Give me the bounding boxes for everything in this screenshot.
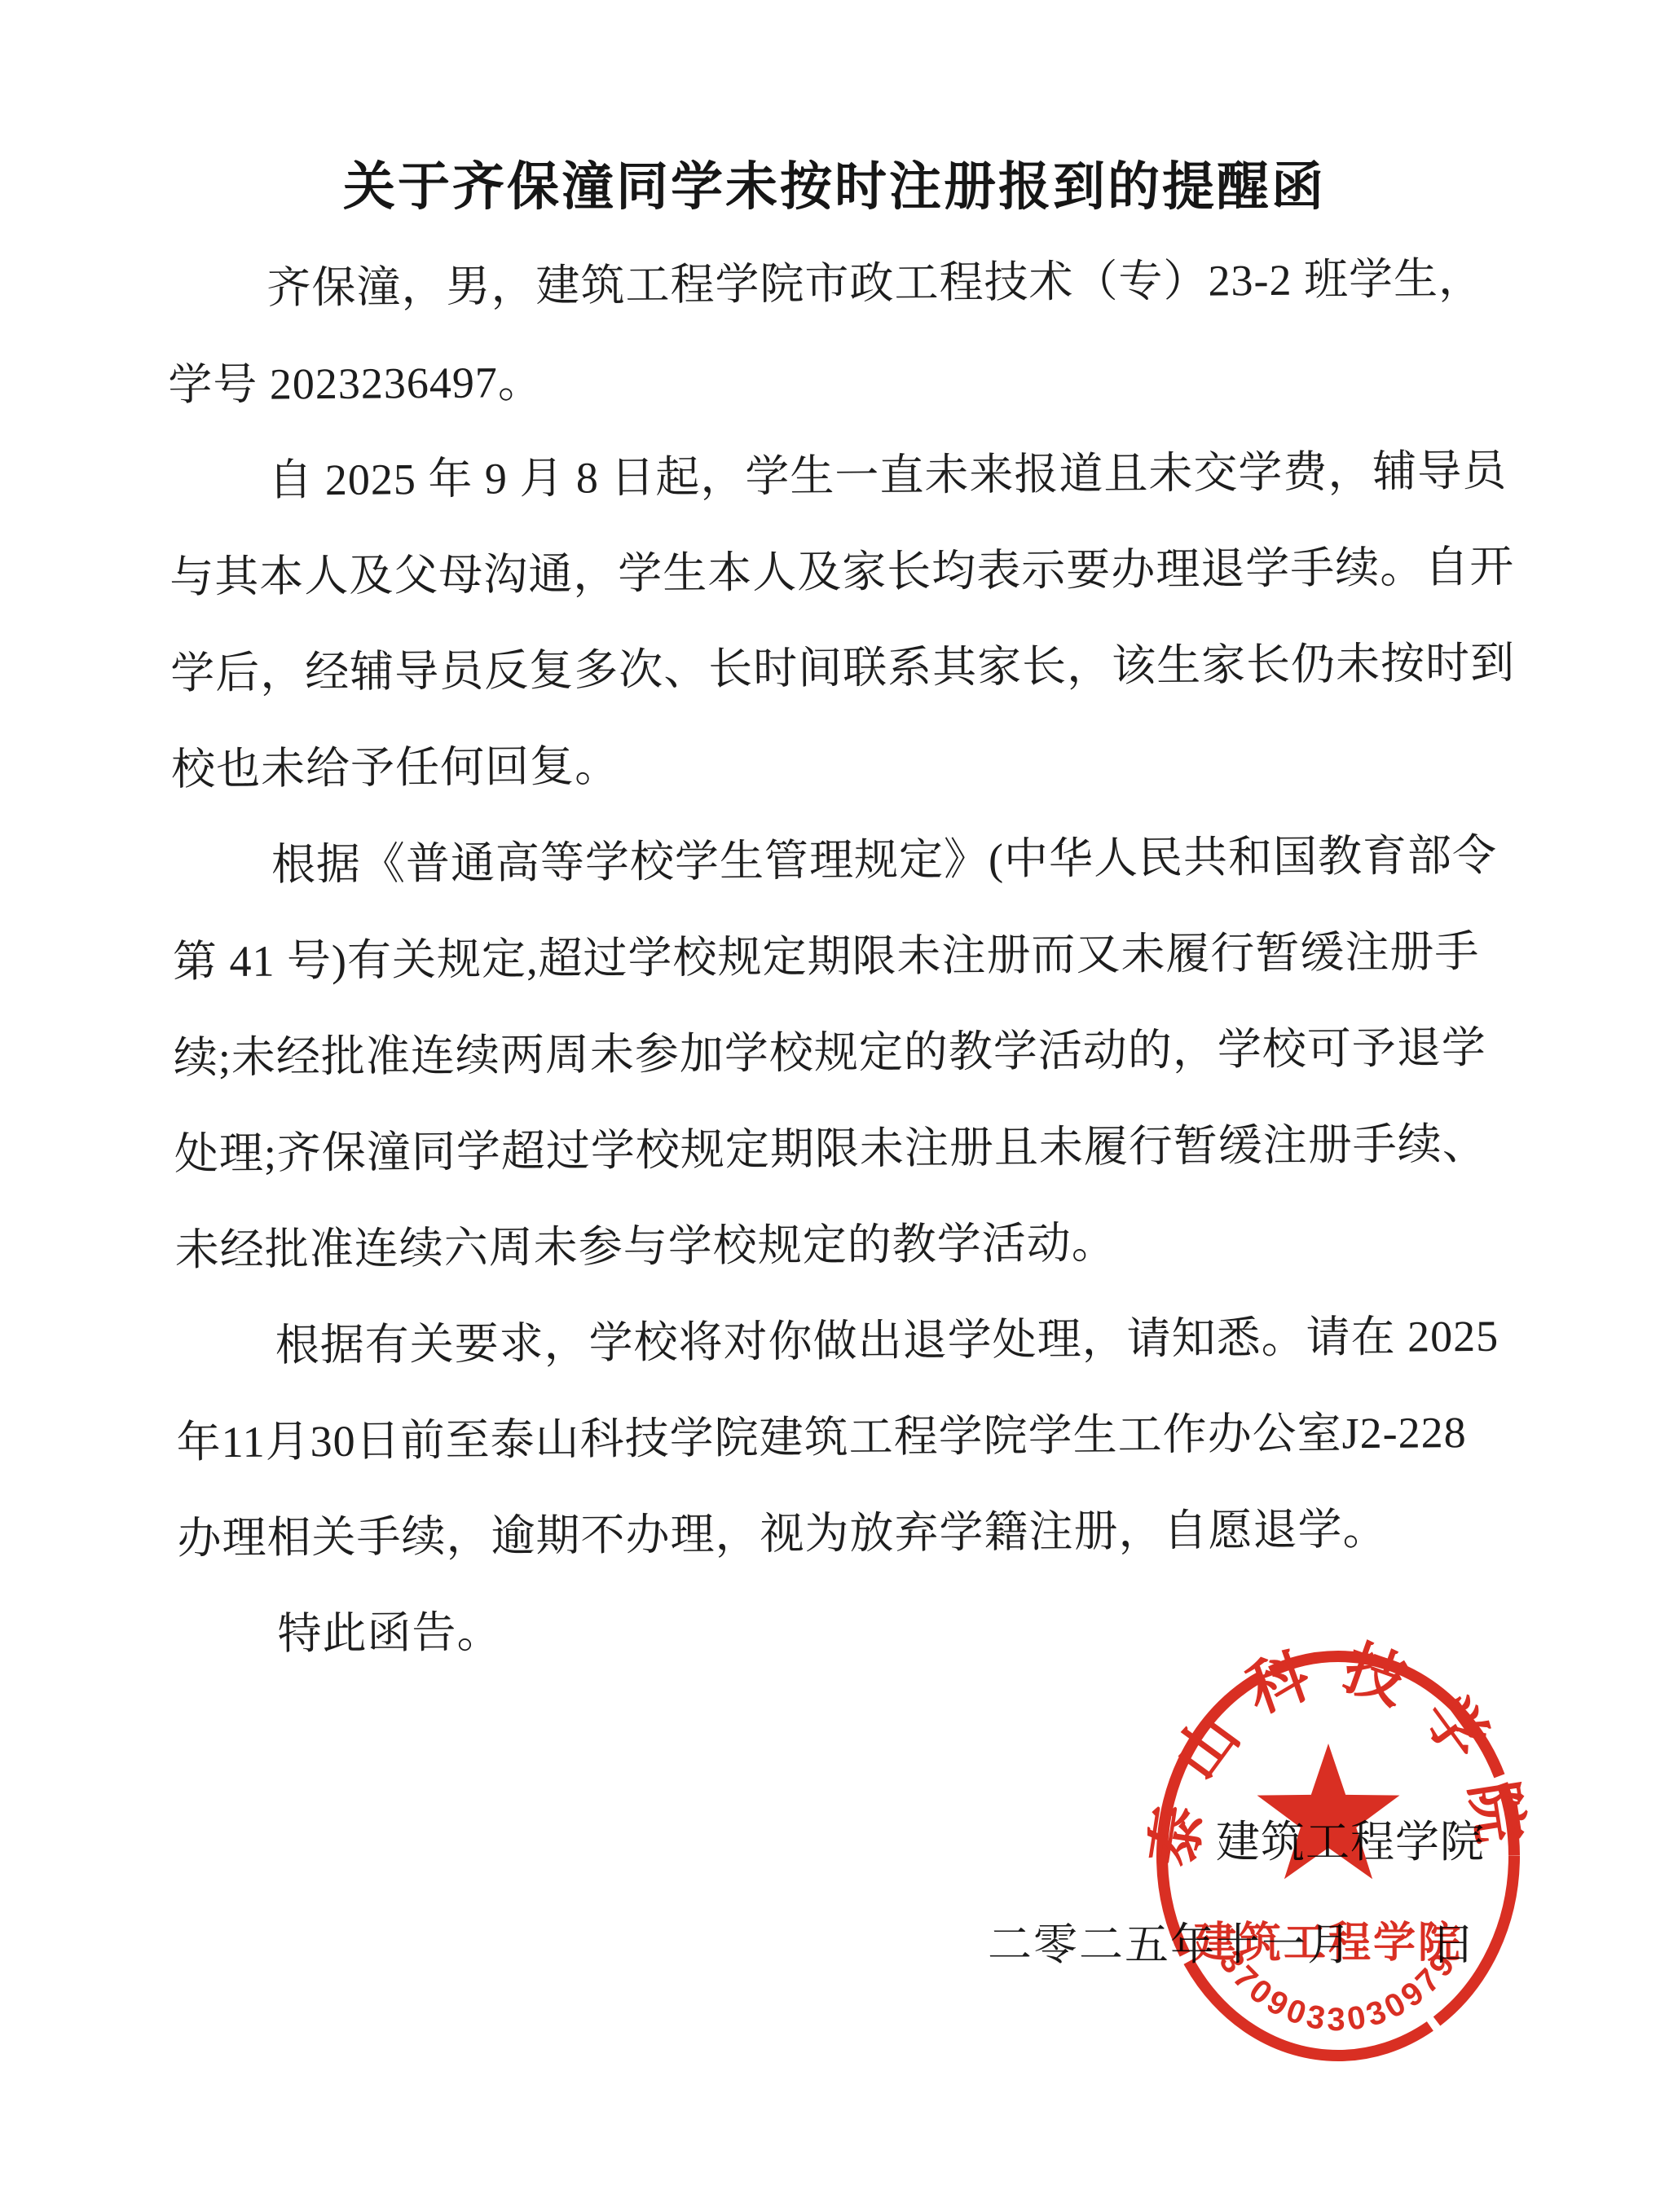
body-line: 办理相关手续，逾期不办理，视为放弃学籍注册，自愿退学。 — [177, 1480, 1547, 1586]
body-line: 处理;齐保潼同学超过学校规定期限未注册且未履行暂缓注册手续、 — [174, 1095, 1543, 1202]
body-line: 未经批准连续六周未参与学校规定的教学活动。 — [174, 1191, 1544, 1298]
body-line: 齐保潼，男，建筑工程学院市政工程技术（专）23-2 班学生， — [167, 230, 1537, 336]
letter-page: 关于齐保潼同学未按时注册报到的提醒函 齐保潼，男，建筑工程学院市政工程技术（专）… — [0, 0, 1669, 2212]
body-line: 校也未给予任何回复。 — [171, 710, 1541, 817]
body-line: 自 2025 年 9 月 8 日起，学生一直未来报道且未交学费，辅导员 — [169, 422, 1539, 529]
body-line: 根据有关要求，学校将对你做出退学处理，请知悉。请在 2025 — [175, 1287, 1545, 1394]
body-line: 学后，经辅导员反复多次、长时间联系其家长，该生家长仍未按时到 — [170, 614, 1540, 721]
page-title: 关于齐保潼同学未按时注册报到的提醒函 — [0, 145, 1669, 220]
signature-date-suffix: 日 — [1431, 1910, 1477, 1972]
body-line: 特此函告。 — [178, 1576, 1548, 1682]
body-line: 年11月30日前至泰山科技学院建筑工程学院学生工作办公室J2-228 — [176, 1383, 1546, 1490]
signature-date-prefix: 二零二五年十一月 — [988, 1910, 1353, 1972]
signature-department: 建筑工程学院 — [1216, 1807, 1485, 1870]
body-line: 第 41 号)有关规定,超过学校规定期限未注册而又未履行暂缓注册手 — [173, 903, 1543, 1009]
body-line: 与其本人及父母沟通，学生本人及家长均表示要办理退学手续。自开 — [170, 518, 1539, 625]
letter-body: 齐保潼，男，建筑工程学院市政工程技术（专）23-2 班学生， 学号 202323… — [167, 230, 1548, 1682]
body-line: 续;未经批准连续两周未参加学校规定的教学活动的，学校可予退学 — [173, 999, 1543, 1106]
body-line: 根据《普通高等学校学生管理规定》(中华人民共和国教育部令 — [172, 807, 1542, 913]
body-line: 学号 2023236497。 — [168, 326, 1538, 433]
